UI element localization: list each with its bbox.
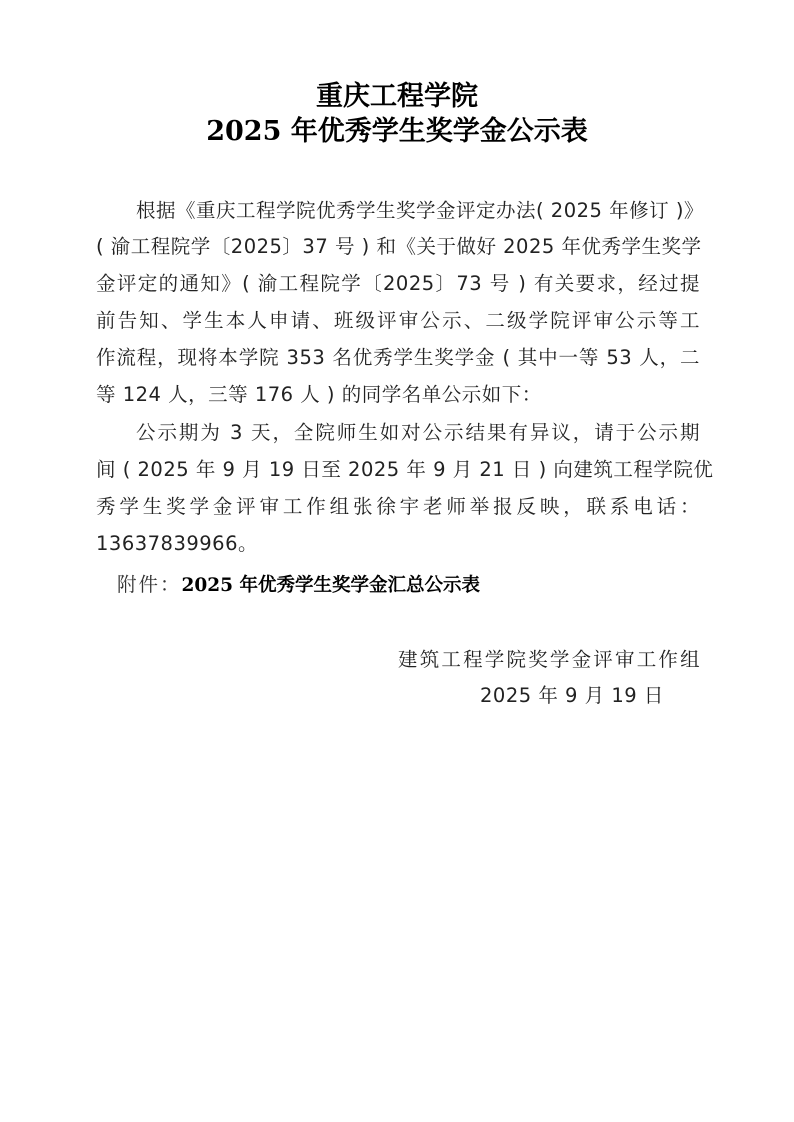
paragraph-line: 金评定的通知》( 渝工程院学〔2025〕73 号 ) 有关要求，经过提 <box>96 271 700 297</box>
attachment-title[interactable]: 2025 年优秀学生奖学金汇总公示表 <box>182 575 480 596</box>
signature-organization: 建筑工程学院奖学金评审工作组 <box>398 647 702 673</box>
paragraph-line: 根据《重庆工程学院优秀学生奖学金评定办法( 2025 年修订 )》 <box>136 198 700 224</box>
attachment-label: 附件： <box>117 573 182 596</box>
paragraph-line: 前告知、学生本人申请、班级评审公示、二级学院评审公示等工 <box>96 308 700 334</box>
contact-phone: 13637839966。 <box>96 531 700 557</box>
paragraph-line: 秀学生奖学金评审工作组张徐宇老师举报反映，联系电话： <box>96 494 700 520</box>
document-title-notice: 2025 年优秀学生奖学金公示表 <box>0 115 794 149</box>
paragraph-line: ( 渝工程院学〔2025〕37 号 ) 和《关于做好 2025 年优秀学生奖学 <box>96 234 700 260</box>
paragraph-line: 作流程，现将本学院 353 名优秀学生奖学金 ( 其中一等 53 人，二 <box>96 345 700 371</box>
signature-date: 2025 年 9 月 19 日 <box>480 683 664 709</box>
paragraph-line: 公示期为 3 天，全院师生如对公示结果有异议，请于公示期 <box>136 420 700 446</box>
paragraph-line: 等 124 人，三等 176 人 ) 的同学名单公示如下： <box>96 382 700 408</box>
paragraph-line: 间 ( 2025 年 9 月 19 日至 2025 年 9 月 21 日 ) 向… <box>96 457 700 483</box>
attachment-line: 附件：2025 年优秀学生奖学金汇总公示表 <box>117 572 480 599</box>
document-title-institution: 重庆工程学院 <box>0 80 794 114</box>
